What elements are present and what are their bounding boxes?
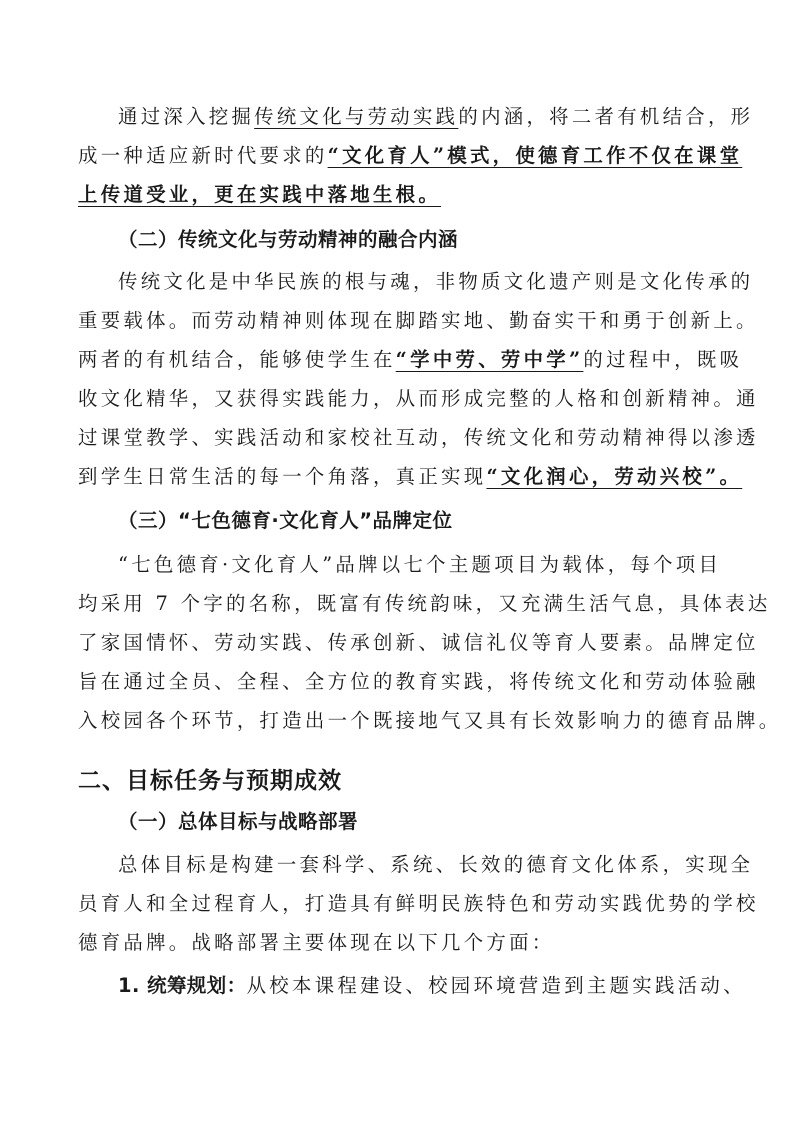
- section-heading-2: （二）传统文化与劳动精神的融合内涵: [118, 228, 458, 252]
- paragraph-3-line-2: 均采用 7 个字的名称，既富有传统韵味，又充满生活气息，具体表达: [78, 592, 718, 616]
- paragraph-3-line-3: 了家国情怀、劳动实践、传承创新、诚信礼仪等育人要素。品牌定位: [78, 631, 718, 655]
- paragraph-2-line-1: 传统文化是中华民族的根与魂，非物质文化遗产则是文化传承的: [118, 270, 718, 294]
- underlined-bold-phrase: “文化润心，劳动兴校”。: [486, 465, 742, 488]
- section-heading-3: （三）“七色德育·文化育人”品牌定位: [118, 509, 453, 533]
- paragraph-4-line-2: 员育人和全过程育人，打造具有鲜明民族特色和劳动实践优势的学校: [78, 892, 718, 916]
- underlined-phrase: 传统文化与劳动实践: [254, 105, 458, 128]
- list-item-1: 1. 统筹规划：从校本课程建设、校园环境营造到主题实践活动、: [118, 974, 718, 998]
- paragraph-2-line-4: 收文化精华，又获得实践能力，从而形成完整的人格和创新精神。通: [78, 387, 718, 411]
- underlined-bold-phrase: 上传道受业，更在实践中落地生根。: [78, 183, 441, 206]
- paragraph-3-line-5: 入校园各个环节，打造出一个既接地气又具有长效影响力的德育品牌。: [78, 709, 718, 733]
- paragraph-2-line-3: 两者的有机结合，能够使学生在“学中劳、劳中学”的过程中，既吸: [78, 348, 718, 372]
- paragraph-4-line-1: 总体目标是构建一套科学、系统、长效的德育文化体系，实现全: [118, 853, 718, 877]
- paragraph-2-line-2: 重要载体。而劳动精神则体现在脚踏实地、勤奋实干和勇于创新上。: [78, 309, 718, 333]
- text: 的内涵，将二者有机结合，形: [458, 105, 753, 128]
- paragraph-3-line-4: 旨在通过全员、全程、全方位的教育实践，将传统文化和劳动体验融: [78, 670, 718, 694]
- text: 通过深入挖掘: [118, 105, 254, 128]
- text: 两者的有机结合，能够使学生在: [78, 348, 396, 371]
- underlined-bold-phrase: “文化育人”模式，使德育工作不仅在课堂: [328, 144, 743, 167]
- text: 到学生日常生活的每一个角落，真正实现: [78, 465, 486, 488]
- text: 的过程中，既吸: [583, 348, 742, 371]
- paragraph-3-line-1: “七色德育·文化育人”品牌以七个主题项目为载体，每个项目: [118, 553, 718, 577]
- section-heading-2-1: （一）总体目标与战略部署: [118, 810, 358, 834]
- underlined-bold-phrase: “学中劳、劳中学”: [396, 348, 584, 371]
- paragraph-2-line-6: 到学生日常生活的每一个角落，真正实现“文化润心，劳动兴校”。: [78, 465, 718, 489]
- text: 成一种适应新时代要求的: [78, 144, 328, 167]
- paragraph-4-line-3: 德育品牌。战略部署主要体现在以下几个方面：: [78, 931, 718, 955]
- paragraph-1-line-2: 成一种适应新时代要求的“文化育人”模式，使德育工作不仅在课堂: [78, 144, 718, 168]
- chapter-heading-2: 二、目标任务与预期成效: [78, 767, 342, 795]
- list-item-text: 从校本课程建设、校园环境营造到主题实践活动、: [247, 974, 746, 997]
- paragraph-1-line-1: 通过深入挖掘传统文化与劳动实践的内涵，将二者有机结合，形: [118, 105, 718, 129]
- list-item-label: 1. 统筹规划：: [118, 974, 247, 997]
- paragraph-1-line-3: 上传道受业，更在实践中落地生根。: [78, 183, 718, 207]
- paragraph-2-line-5: 过课堂教学、实践活动和家校社互动，传统文化和劳动精神得以渗透: [78, 426, 718, 450]
